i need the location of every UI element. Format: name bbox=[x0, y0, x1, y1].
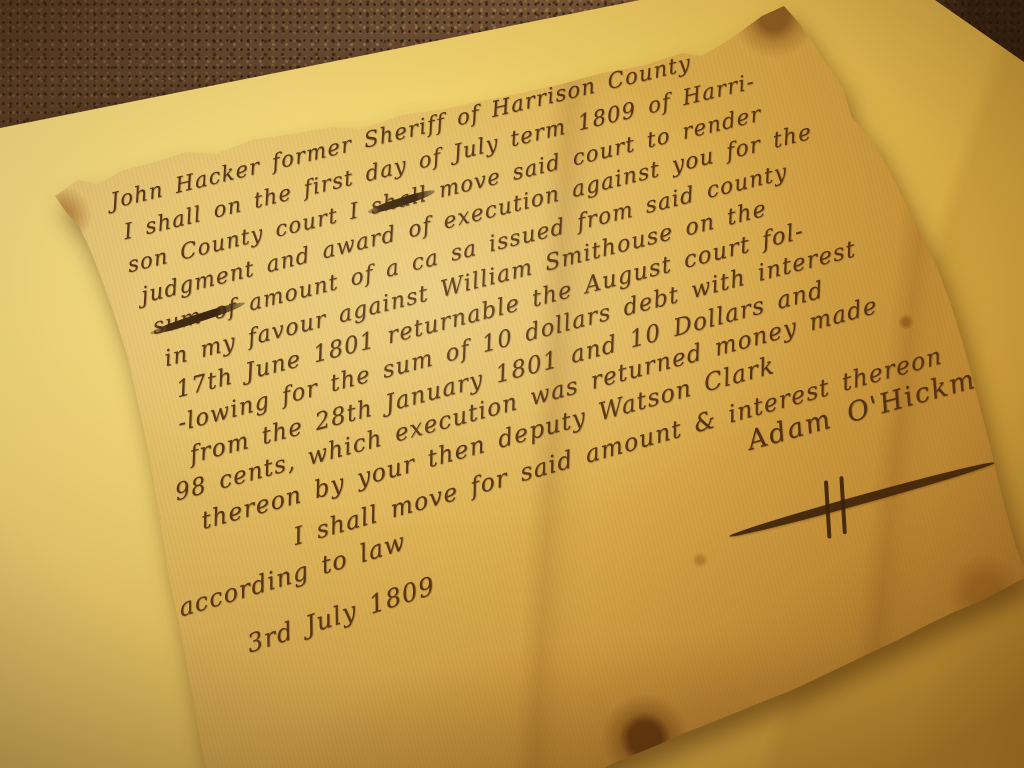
flourish-curl bbox=[994, 434, 1022, 462]
manuscript-paper: Adam O'Hickman John Hacker former Sherif… bbox=[0, 0, 1024, 768]
manuscript-paper-shadow: Adam O'Hickman John Hacker former Sherif… bbox=[0, 0, 1024, 768]
handwritten-text-block: Adam O'Hickman John Hacker former Sherif… bbox=[88, 0, 1011, 768]
signature-flourish bbox=[724, 436, 1024, 584]
flourish-stroke bbox=[728, 458, 996, 540]
photo-scene: Adam O'Hickman John Hacker former Sherif… bbox=[0, 0, 1024, 768]
